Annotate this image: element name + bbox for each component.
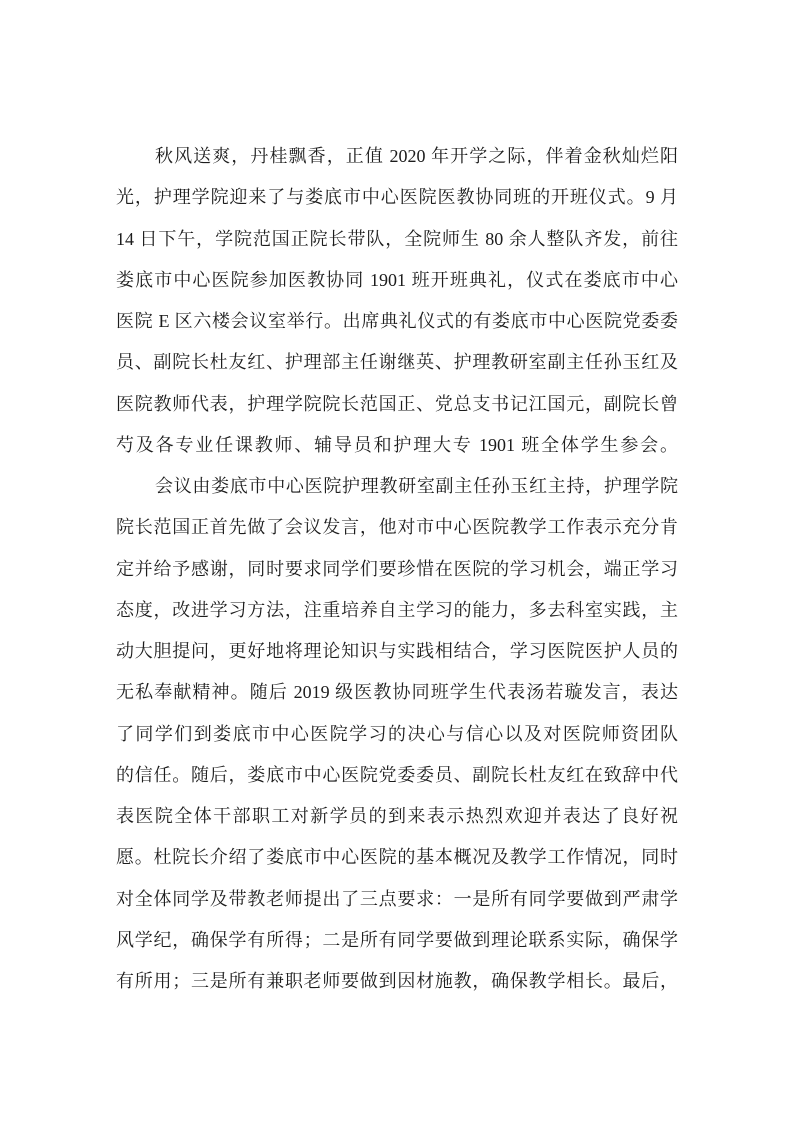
text-line: 表医院全体干部职工对新学员的到来表示热烈欢迎并表达了良好祝 [116,796,678,837]
text-line: 医院教师代表，护理学院院长范国正、党总支书记江国元，副院长曾 [116,384,678,425]
paragraph-1: 秋风送爽，丹桂飘香，正值 2020 年开学之际，伴着金秋灿烂阳 光，护理学院迎来… [116,136,678,466]
text-line: 芍及各专业任课教师、辅导员和护理大专 1901 班全体学生参会。 [116,425,678,466]
text-line: 14 日下午，学院范国正院长带队，全院师生 80 余人整队齐发，前往 [116,219,678,260]
text-line: 秋风送爽，丹桂飘香，正值 2020 年开学之际，伴着金秋灿烂阳 [116,136,678,177]
text-line: 无私奉献精神。随后 2019 级医教协同班学生代表汤若璇发言，表达 [116,672,678,713]
text-line: 医院 E 区六楼会议室举行。出席典礼仪式的有娄底市中心医院党委委 [116,301,678,342]
text-line: 员、副院长杜友红、护理部主任谢继英、护理教研室副主任孙玉红及 [116,342,678,383]
text-line: 了同学们到娄底市中心医院学习的决心与信心以及对医院师资团队 [116,714,678,755]
text-line: 有所用；三是所有兼职老师要做到因材施教，确保教学相长。最后， [116,961,678,1002]
text-line: 风学纪，确保学有所得；二是所有同学要做到理论联系实际，确保学 [116,920,678,961]
text-line: 的信任。随后，娄底市中心医院党委委员、副院长杜友红在致辞中代 [116,755,678,796]
document-page: 秋风送爽，丹桂飘香，正值 2020 年开学之际，伴着金秋灿烂阳 光，护理学院迎来… [0,0,793,1122]
text-line: 院长范国正首先做了会议发言，他对市中心医院教学工作表示充分肯 [116,507,678,548]
text-line: 对全体同学及带教老师提出了三点要求：一是所有同学要做到严肃学 [116,879,678,920]
text-line: 定并给予感谢，同时要求同学们要珍惜在医院的学习机会，端正学习 [116,549,678,590]
text-line: 光，护理学院迎来了与娄底市中心医院医教协同班的开班仪式。9 月 [116,177,678,218]
text-line: 动大胆提问，更好地将理论知识与实践相结合，学习医院医护人员的 [116,631,678,672]
text-line: 愿。杜院长介绍了娄底市中心医院的基本概况及教学工作情况，同时 [116,837,678,878]
text-line: 会议由娄底市中心医院护理教研室副主任孙玉红主持，护理学院 [116,466,678,507]
document-body: 秋风送爽，丹桂飘香，正值 2020 年开学之际，伴着金秋灿烂阳 光，护理学院迎来… [116,136,678,1002]
text-line: 态度，改进学习方法，注重培养自主学习的能力，多去科室实践，主 [116,590,678,631]
paragraph-2: 会议由娄底市中心医院护理教研室副主任孙玉红主持，护理学院 院长范国正首先做了会议… [116,466,678,1002]
text-line: 娄底市中心医院参加医教协同 1901 班开班典礼，仪式在娄底市中心 [116,260,678,301]
